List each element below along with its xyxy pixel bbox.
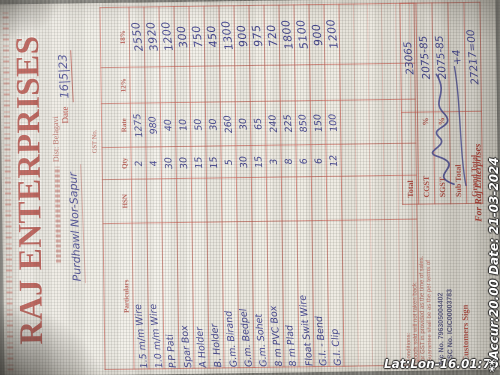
items-table: ParticularsHSNQtyRate12%18% 1.5 m/m Wire… <box>99 3 419 370</box>
item-amount: 1300 <box>218 20 235 51</box>
terms-and-conditions: Conditions:goods sold will not taken bac… <box>404 210 434 362</box>
date-block: Date16|5|23 <box>56 50 73 124</box>
item-rate: 225 <box>282 113 295 132</box>
item-qty: 6 <box>298 157 310 164</box>
item-rate: 30 <box>207 117 219 130</box>
item-qty: 15 <box>193 156 205 169</box>
item-qty: 5 <box>223 158 235 165</box>
gps-accuracy-date-stamp: **Accur:20.00 Date: 21-03-2024 <box>487 157 500 372</box>
item-particulars: 8 m PVC Box <box>268 305 285 367</box>
item-rate: 100 <box>327 113 340 132</box>
item-particulars: 1.0 m/m Wire <box>147 303 164 368</box>
terms-line: Guarantee shall be as the per terms of <box>425 210 434 362</box>
column-header: Qty <box>102 147 131 179</box>
item-amount: 3920 <box>143 21 160 52</box>
item-particulars: Spar Box <box>179 325 194 369</box>
item-rate: 1275 <box>131 112 144 137</box>
item-amount: 2550 <box>128 21 145 52</box>
invoice-photo: RAJ ENTERPRISES Dist: Belagavi Purdhawl … <box>0 0 500 375</box>
item-particulars: A Holder <box>194 326 209 368</box>
item-amount: 450 <box>204 24 220 48</box>
item-rate: 850 <box>297 113 310 132</box>
item-amount: 900 <box>309 23 325 47</box>
item-particulars: B. Holder <box>209 323 224 368</box>
item-amount: 1800 <box>278 19 295 50</box>
address-illegible-print <box>54 167 60 263</box>
column-header: Rate <box>101 103 131 147</box>
invoice-paper: RAJ ENTERPRISES Dist: Belagavi Purdhawl … <box>0 0 500 375</box>
gst-no-label: GST No. <box>91 130 98 153</box>
item-qty: 15 <box>208 155 220 168</box>
item-amount: 720 <box>264 23 280 47</box>
item-qty: 3 <box>268 158 280 165</box>
item-particulars: 8 m Plad <box>284 324 299 366</box>
customers-sign-label: Customers Sign <box>460 305 471 363</box>
item-amount: 300 <box>174 24 190 48</box>
items-table-header-row: ParticularsHSNQtyRate12%18% <box>100 7 134 369</box>
item-qty: 2 <box>133 159 145 166</box>
column-header: 18% <box>100 7 130 67</box>
item-amount: 975 <box>249 23 265 47</box>
item-particulars: G.m. Bedpel <box>238 308 255 367</box>
item-rate: 150 <box>312 113 325 132</box>
item-rate: 40 <box>162 118 174 131</box>
totals-label: Total <box>406 180 415 198</box>
item-amount: 900 <box>234 24 250 48</box>
item-qty: 8 <box>283 157 295 164</box>
signature-icon <box>414 60 474 193</box>
item-amount: 1200 <box>323 19 340 50</box>
item-qty: 15 <box>253 155 265 168</box>
item-particulars: P.P Pati <box>164 334 178 369</box>
item-particulars: G.m. Sohet <box>253 313 269 367</box>
column-header: 12% <box>101 67 130 103</box>
for-raj-enterprises-label: For Raj Enterprises <box>473 144 484 222</box>
item-rate: 240 <box>267 114 280 133</box>
date-label: Date <box>60 107 70 124</box>
shop-title: RAJ ENTERPRISES <box>10 4 49 375</box>
item-rate: 10 <box>177 118 189 131</box>
gps-latlon-stamp: Lat:Lon-16.01:75.23 <box>384 357 500 371</box>
item-particulars: G.I. Clip <box>329 328 344 366</box>
item-rate: 260 <box>222 114 235 133</box>
item-qty: 30 <box>238 155 250 168</box>
item-qty: 12 <box>328 154 340 167</box>
item-qty: 4 <box>148 159 160 166</box>
bank-details: A/c No. 796305004402IFSC No. ICIC0000378… <box>436 289 455 366</box>
bank-line: IFSC No. ICIC00003783 <box>445 289 455 365</box>
item-qty: 30 <box>163 156 175 169</box>
item-particulars: G.m. Birand <box>223 310 240 367</box>
item-amount: 1200 <box>158 21 175 52</box>
item-particulars: 1.5 m/m Wire <box>132 304 149 369</box>
item-qty: 6 <box>313 157 325 164</box>
buyer-name-handwritten: Purdhawl Nor-Sapur <box>66 164 86 284</box>
item-rate: 50 <box>192 118 204 131</box>
column-header: HSN <box>102 179 132 223</box>
item-particulars: G.I. - Bend <box>313 316 329 367</box>
item-amount: 5100 <box>293 19 310 50</box>
item-rate: 65 <box>252 117 264 130</box>
item-qty: 30 <box>178 156 190 169</box>
date-value-handwritten: 16|5|23 <box>55 50 74 103</box>
item-rate: 980 <box>147 115 160 134</box>
item-amount: 750 <box>189 24 205 48</box>
column-header: Particulars <box>103 223 134 369</box>
item-rate: 30 <box>237 117 249 130</box>
